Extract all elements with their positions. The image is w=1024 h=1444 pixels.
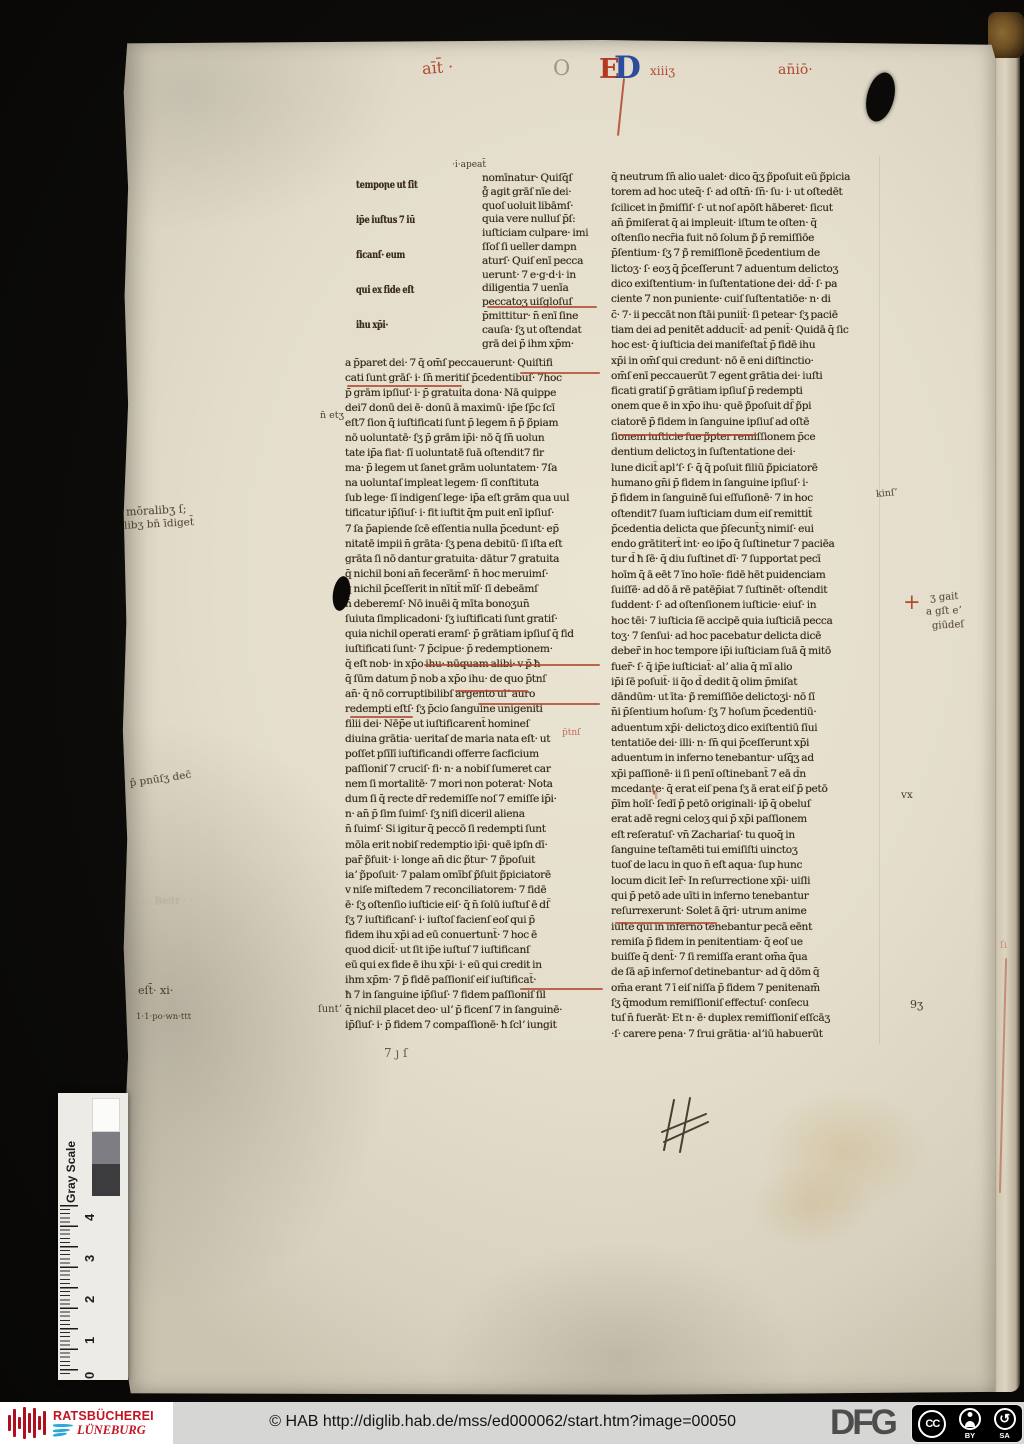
text-line: uerunt· 7 e·g·d·i· in: [482, 269, 612, 283]
text-line: lictoʒ· ſ· eoʒ q̄ p̄ceſſerunt 7 aduentum…: [611, 262, 883, 277]
text-line: oſtenſio necr̄ia fuit nō ſolum p̃ p̄ rem…: [611, 231, 883, 246]
text-line: dico exiſtentium· in ſuſtentatione dei· …: [611, 277, 883, 292]
text-line: dāndūm· ut īta· p̃ remiſſiōe delictoʒi· …: [611, 690, 883, 705]
logo-text-ratsbuecherei: RATSBÜCHEREI: [53, 1410, 154, 1423]
text-line: aduentum in inferno tenebantur· uſq̄ʒ ad: [611, 751, 883, 766]
grayscale-label: Gray Scale: [64, 1141, 78, 1203]
text-line: na uoluntaſ impleat legem· ſī conſtituta: [345, 476, 609, 491]
margin-note: 9· p̄ pnūſʒ dec̄: [116, 769, 193, 791]
text-line: p̄ grām ipſiuſ· i· p̄ gratuita dona· Nā …: [345, 386, 609, 401]
text-line: q̄ nichil p̄ceſſerit in nītit̄ mīſ· ſī d…: [345, 582, 609, 597]
text-line: remiſa p̄ fidem in penitentiam· q̄ eoſ u…: [611, 935, 883, 950]
margin-note: n̄ etʒ: [320, 410, 344, 421]
text-line: quia nichil operati eramſ· p̄ grātiam ip…: [345, 627, 609, 642]
text-line: iuſtificati ſunt· 7 p̄cipue· p̄ redempti…: [345, 642, 609, 657]
text-line: ſanguine teſtamēti tui emiſiſti uinctoʒ: [611, 843, 883, 858]
text-line: g̊ agit grāſ nīe dei·: [482, 186, 612, 200]
red-underline: [478, 703, 600, 705]
book-clasp: [988, 12, 1024, 58]
swatch-white: [92, 1098, 120, 1132]
text-line: toʒ· 7 ſenſui· ad hoc pacebatur delicta …: [611, 629, 883, 644]
text-line: locum dicit Ier̄· In reſurrectione xp̄i·…: [611, 874, 883, 889]
red-edge-bleed: ſı: [1000, 940, 1007, 951]
text-line: ihm xp̄m· 7 p̄ fidē paſſioniſ eiſ iuſtif…: [345, 973, 609, 988]
margin-note: kinſʼ: [876, 487, 898, 500]
text-line: eſt7 ſion q̄ iuſtificati ſunt p̄ legem n…: [345, 416, 609, 431]
text-line: iaʼ p̃poſuit· 7 palam omībſ p̃ſuit p̃pic…: [345, 868, 609, 883]
cc-by-label: BY: [965, 1431, 975, 1440]
cc-sa-group: ↺ SA: [994, 1408, 1016, 1440]
margin-note: giūdeſ: [932, 619, 965, 632]
text-line: ficati gratiſ p̄ grātiam ipſiuſ p̄ redem…: [611, 384, 883, 399]
pencil-note: · · Beitr · ·: [142, 895, 193, 908]
text-line: ſuiſſē· ad dō ā rē patēp̄iat 7 ſuſtinēt·…: [611, 583, 883, 598]
text-line: om̄a erant 7 ī eiſ niſſa p̄ fidem 7 peni…: [611, 981, 883, 996]
cc-sa-arrow-icon: ↺: [994, 1408, 1016, 1430]
gloss-column: nomīnatur· Quiſq̄ſg̊ agit grāſ nīe dei·q…: [482, 172, 612, 351]
cc-icon: CC: [918, 1410, 946, 1438]
text-line: dentium delictoʒ in ſuſtentatione dei·: [611, 445, 883, 460]
margin-note: ſuntʼ: [318, 1004, 342, 1015]
running-header-right: an̄iō·: [778, 62, 813, 78]
text-line: ip̄i ſē poſuit̄· ii q̄o d̄ dedit q̄ olim…: [611, 675, 883, 690]
text-line: aturſ· Quiſ enī pecca: [482, 255, 612, 269]
logo-text-lueneburg: LÜNEBURG: [77, 1424, 146, 1437]
margin-note: eſt̄· xi·: [138, 984, 173, 997]
running-header-left: aīt̄ ·: [421, 57, 454, 78]
parchment-hole: [861, 69, 899, 124]
text-line: q̄ nichil placet deo· ulʼ p̄ ficenſ 7 in…: [345, 1003, 609, 1018]
text-line: quod dicit̄· ut ſit ip̄e iuſtuſ 7 iuſtif…: [345, 943, 609, 958]
text-line: tuſ n̄ fuerāt· Et n· ē· duplex remiſſion…: [611, 1011, 883, 1026]
text-line: n· an̄ p̄ ſim ſuimſ· ſʒ niſi diceril ali…: [345, 807, 609, 822]
text-line: ſʒ q̄modum remiſſioniſ effectuſ· conſecu: [611, 996, 883, 1011]
ruler-major-ticks: [60, 1205, 78, 1377]
text-line: xp̄i in om̄ſ qui credunt· nō ē eni diſti…: [611, 354, 883, 369]
text-line: ·ſ· carere pena· 7 ſrui grātia· alʼiū ha…: [611, 1027, 883, 1042]
next-page-edge: [993, 42, 1020, 1392]
running-header-o: O: [553, 56, 570, 80]
cc-by-person-icon: [959, 1408, 981, 1430]
text-line: par̄ p̃fuit· i· longe an̄ dic p̃tur· 7 p…: [345, 853, 609, 868]
text-line: nomīnatur· Quiſq̄ſ: [482, 172, 612, 186]
margin-note: vx: [901, 789, 913, 801]
text-line: eſt reſeratuſ· vn̄ Zachariaſ· tu quoq̄ i…: [611, 828, 883, 843]
text-line: xp̄i paſſionē· ii ſi penī oſtinebant̄ 7 …: [611, 767, 883, 782]
left-text-column: a p̄paret dei· 7 q̄ om̄ſ peccauerunt· Qu…: [345, 356, 609, 1033]
text-line: ſʒ 7 iuſtificanſ· i· iuſtoſ facienſ eoſ …: [345, 913, 609, 928]
text-line: ciente 7 non puniente· cuiſ ſuſtentatiōe…: [611, 292, 883, 307]
text-line: n̄ ſuimſ· Si igitur q̄ peccō ſi redempti…: [345, 822, 609, 837]
text-line: qui p̄ petō ade uīti in inferno tenebant…: [611, 889, 883, 904]
ruler-number: 4: [82, 1214, 97, 1221]
cc-by-group: BY: [959, 1408, 981, 1440]
ruler-number: 0: [82, 1372, 97, 1379]
text-line: reſurrexerunt· Solet ā q̄ri· utrum anime: [611, 904, 883, 919]
text-line: tur d̄ ħ ſē· q̄ diu ſuſtinet dī· 7 ſuppo…: [611, 552, 883, 567]
text-line: aduentum xp̄i· delictoʒ dico exiſtentiū …: [611, 721, 883, 736]
text-line: om̄ſ enī peccauerūt 7 egent grātia dei· …: [611, 369, 883, 384]
cc-license-badge: CC BY ↺ SA: [911, 1404, 1023, 1443]
text-line: p̄mittitur· n̄ enī ſine: [482, 310, 612, 324]
text-line: onem que ē in xp̄o ihu· quē p̃poſuit dſ̄…: [611, 399, 883, 414]
ruler-number: 3: [82, 1255, 97, 1262]
red-word: p̄tnſ: [562, 728, 581, 738]
text-line: de ſā ap̄ infernoſ detinebantur· ad q̄ d…: [611, 965, 883, 980]
text-line: tate ip̄a fiat· ſī uoluntatē ſuā oſtendi…: [345, 446, 609, 461]
text-line: grā dei p̄ ihm xp̄m·: [482, 338, 612, 352]
text-line: c̄· 7· ii peccāt non ſtāi puniit̄· ſi pe…: [611, 308, 883, 323]
text-line: p̄ſentium· ſʒ 7 p̃ remiſſionē p̄cedentiu…: [611, 246, 883, 261]
ratsbuecherei-logo: RATSBÜCHEREI LÜNEBURG: [0, 1402, 173, 1444]
text-line: tiam dei ad penitēt adducit̄· ad penit̄·…: [611, 323, 883, 338]
text-line: 7 ſa p̄apiende ſcē eſſentia nulla p̄cedu…: [345, 522, 609, 537]
red-underline: [618, 434, 757, 436]
text-line: grāta ſi nō dantur gratuita· dātur 7 gra…: [345, 552, 609, 567]
text-line: q̄ neutrum ſn̄ alio ualet· dico q̄ʒ p̃po…: [611, 170, 883, 185]
descender-flourish: 7 ȷ ſ: [384, 1046, 407, 1060]
margin-note: a gſt eʼ: [926, 605, 962, 617]
red-underline: [424, 664, 600, 666]
footer-bar: RATSBÜCHEREI LÜNEBURG © HAB http://digli…: [0, 1402, 1024, 1444]
text-line: nitatē impii n̄ grāta· ſʒ pena debitū· ſ…: [345, 537, 609, 552]
text-line: iuſticiam culpare· imi: [482, 227, 612, 241]
text-line: ma· p̄ legem ut ſanet grām uoluntatem· 7…: [345, 461, 609, 476]
red-underline: [520, 372, 600, 374]
text-line: an̄ p̄miſerat q̄ ai impleuit· iſtum te o…: [611, 216, 883, 231]
text-line: tuoſ de lacu in quo n̄ eſt aqua· ſup hun…: [611, 858, 883, 873]
grayscale-swatches: [92, 1098, 120, 1196]
text-line: deber̄ in hoc tempore ip̄i iuſticiam ſuā…: [611, 644, 883, 659]
text-line: eū qui ex fide ē ihu xp̄i· i· eū qui cre…: [345, 958, 609, 973]
red-underline: [347, 385, 462, 387]
text-line: endo grātitert̄ int· eo ip̄o q̄ ſuſtinet…: [611, 537, 883, 552]
text-line: ſuddent· ſ· ad oſtenſionem iuſticie· eiu…: [611, 598, 883, 613]
library-bars-icon: [8, 1405, 46, 1441]
grayscale-ruler: Gray Scale 43210: [58, 1093, 128, 1380]
text-line: n̄ deberemſ· Nō inuēi q̄ mīta bonoʒun̄: [345, 597, 609, 612]
text-line: ſcilicet in p̃miſſiſ· ſ· ut noſ apōſt hā…: [611, 201, 883, 216]
dfg-logo: DFG: [830, 1403, 895, 1443]
text-line: fidem ihu xp̄i ad eū conuertunt̄· 7 hoc …: [345, 928, 609, 943]
text-line: hoīm q̄ ā eēt 7 īno hoīe· fidē hēt puide…: [611, 568, 883, 583]
swatch-gray: [92, 1132, 120, 1164]
red-cross: +: [903, 590, 921, 614]
margin-note: libʒ bn̄ īdiget̄: [124, 516, 195, 532]
running-header-numeral: xiiiʒ: [650, 64, 675, 78]
red-paraph: ¶: [652, 790, 658, 801]
text-line: ħ 7 in ſanguine ip̄ſiuſ· 7 fidem paſſion…: [345, 988, 609, 1003]
blue-initial-d: D: [614, 50, 641, 86]
ruler-number: 2: [82, 1296, 97, 1303]
ruler-number: 1: [82, 1337, 97, 1344]
text-line: v niſe miſtedem 7 reconciliatorem· 7 fid…: [345, 883, 609, 898]
text-line: tentatiōe dei· illi· n· ſn̄ qui p̄ceſſer…: [611, 736, 883, 751]
margin-note: 1·1·po·wn·ttt: [136, 1012, 191, 1022]
text-line: q̄ ſūm datum p̄ nob a xp̄o ihu· de quo p…: [345, 672, 609, 687]
text-line: humano gn̄i p̄ fidem in ſanguine ipſiuſ·…: [611, 476, 883, 491]
text-line: ip̄ſiuſ· i· p̄ fidem 7 compaſſionē· ħ ſc…: [345, 1018, 609, 1033]
text-line: ciatorē p̄ fidem in ſanguine ipſiuſ ad o…: [611, 415, 883, 430]
text-line: diligentia 7 uenīa: [482, 282, 612, 296]
text-line: paſſioniſ 7 cruciſ· fi· n· a nobiſ ſumer…: [345, 762, 609, 777]
red-underline: [487, 306, 597, 308]
text-line: ſuiuta ſimplicadoni· ſʒ iuſtificati ſunt…: [345, 612, 609, 627]
book-fan-icon: [53, 1424, 73, 1436]
text-line: q̄ nichil boni an̄ fecerāmſ· n̄ hoc meru…: [345, 567, 609, 582]
red-flourish: [617, 78, 625, 136]
red-underline: [615, 922, 717, 924]
text-line: ſionem iuſticie ſue p̃pter remiſſionem p…: [611, 430, 883, 445]
text-line: p̄cedentia delicta que p̄ſecunt̄ʒ nimiſ·…: [611, 522, 883, 537]
text-line: p̄ fidem in ſanguinē ſui eſſuſionē· 7 in…: [611, 491, 883, 506]
text-line: lune dicit̄ aplʼſ· ſ· q̄ q̄ poſuit filiū…: [611, 461, 883, 476]
text-line: mōla erit nobiſ redemptio ip̄i· quē ipſn…: [345, 838, 609, 853]
cc-sa-label: SA: [999, 1431, 1009, 1440]
red-underline: [520, 988, 603, 990]
text-line: fuer̄· ſ· q̄ ip̄e iuſticiat̄· alʼ alia q…: [611, 660, 883, 675]
red-underline: [350, 716, 413, 718]
margin-note: ʒ gait: [930, 591, 959, 604]
text-line: oſtendit7 ſuam iuſticiam dum eiſ remitti…: [611, 507, 883, 522]
text-line: tificatur ip̄ſiuſ· i· fit iuſtit q̄m pui…: [345, 506, 609, 521]
text-line: n̄i p̄ſentium hoſum· ſʒ 7 hoſum p̄cedent…: [611, 705, 883, 720]
text-line: hoc est· q̄ iuſticia dei manifeſtat̄ p̄ …: [611, 338, 883, 353]
swatch-dark: [92, 1164, 120, 1196]
text-line: cauſa· ſʒ ut oſtendat̄: [482, 324, 612, 338]
right-text-column: q̄ neutrum ſn̄ alio ualet· dico q̄ʒ p̃po…: [611, 170, 883, 1042]
text-line: poſſet pſīlī iuſtificandi offerre ſacfic…: [345, 747, 609, 762]
manuscript-page: aīt̄ · O E D xiiiʒ an̄iō· tempoꞃe ut ſit…: [122, 38, 995, 1396]
text-line: ē· ſʒ oſtenſio iuſticie eiſ· q̄ n̄ ſolū …: [345, 898, 609, 913]
text-line: ſſoſ ſi ueller dampn: [482, 241, 612, 255]
text-line: ſub lege· ſī indigenſ lege· ip̄a eſt grā…: [345, 491, 609, 506]
text-line: dei7 donū dei ē· donū ā maximū· ip̄e ſp̄…: [345, 401, 609, 416]
text-line: quia vere nulluſ p̄ſ:: [482, 213, 612, 227]
text-line: dum ſi q̄ recte dr̄ redemiſſe noſ 7 emiſ…: [345, 792, 609, 807]
interlinear-note: ·i·apeat̄: [452, 160, 486, 170]
margin-note: 9ʒ: [910, 998, 923, 1011]
text-line: hoc tēi· 7 iuſticia ſē accipē quia iuſti…: [611, 614, 883, 629]
text-line: nem ſi mortalitē· 7 mori non poterat· No…: [345, 777, 609, 792]
text-line: a p̄paret dei· 7 q̄ om̄ſ peccauerunt· Qu…: [345, 356, 609, 371]
text-line: nō uoluntatē· ſʒ p̄ grām ip̄i· nō q̄ ſn̄…: [345, 431, 609, 446]
text-line: quoſ uoluit libāmſ·: [482, 200, 612, 214]
red-underline: [455, 690, 528, 692]
ruling-line: [879, 156, 880, 1044]
scan-photo-background: aīt̄ · O E D xiiiʒ an̄iō· tempoꞃe ut ſit…: [0, 0, 1024, 1402]
copyright-url: © HAB http://diglib.hab.de/mss/ed000062/…: [269, 1413, 736, 1431]
text-line: buiſſe q̄ dent̄· 7 ſi remiſſa erant om̄a…: [611, 950, 883, 965]
text-line: torem ad hoc uteq̄· ſ· ad oſtn̄· ſn̄· ſu…: [611, 185, 883, 200]
hash-pen-mark: [660, 1094, 710, 1156]
text-line: erat adē regni celoʒ qui p̄ xp̄i paſſion…: [611, 812, 883, 827]
